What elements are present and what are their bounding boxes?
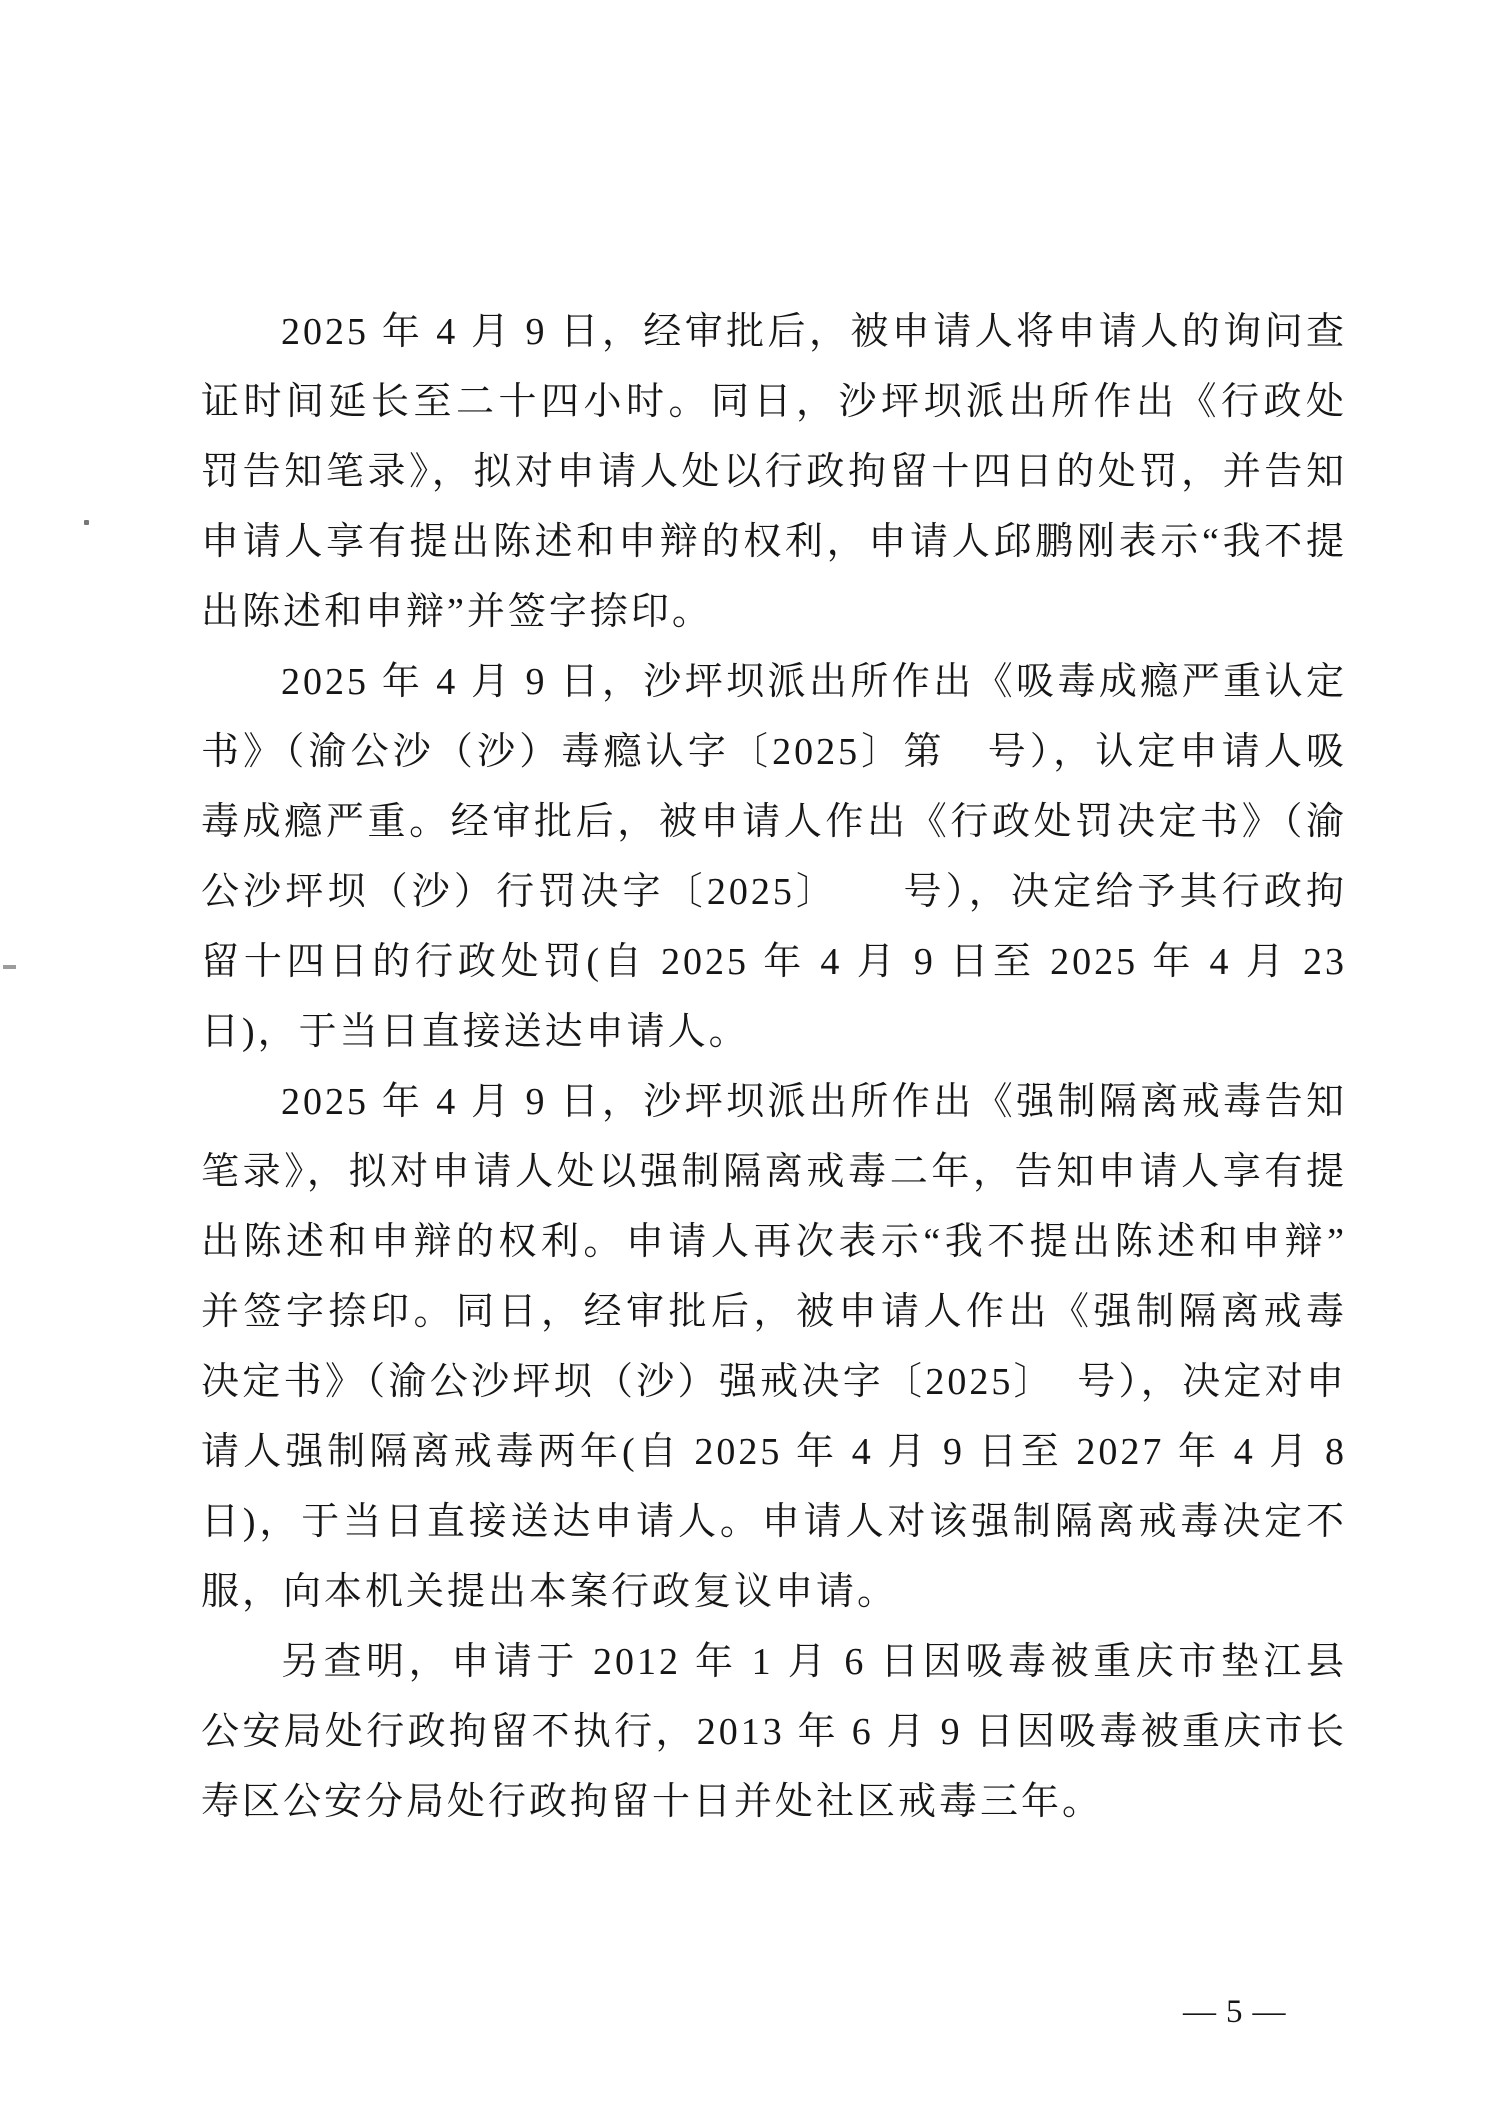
paragraph-prior-records: 另查明，申请于 2012 年 1 月 6 日因吸毒被重庆市垫江县公安局处行政拘留…: [201, 1627, 1347, 1837]
document-body: 2025 年 4 月 9 日，经审批后，被申请人将申请人的询问查证时间延长至二十…: [201, 297, 1347, 1837]
paragraph-extension-and-penalty-notice: 2025 年 4 月 9 日，经审批后，被申请人将申请人的询问查证时间延长至二十…: [201, 297, 1347, 647]
page-number-right-dash: —: [1253, 1990, 1286, 2034]
paragraph-addiction-determination-and-penalty-decision: 2025 年 4 月 9 日，沙坪坝派出所作出《吸毒成瘾严重认定书》（渝公沙（沙…: [201, 647, 1347, 1067]
page-number: —5—: [1175, 1990, 1294, 2034]
page-number-value: 5: [1226, 1990, 1243, 2034]
scanned-document-page: 2025 年 4 月 9 日，经审批后，被申请人将申请人的询问查证时间延长至二十…: [0, 0, 1487, 2105]
scan-speck: [84, 520, 89, 525]
page-number-left-dash: —: [1183, 1990, 1216, 2034]
paragraph-compulsory-rehab-decision: 2025 年 4 月 9 日，沙坪坝派出所作出《强制隔离戒毒告知笔录》，拟对申请…: [201, 1067, 1347, 1627]
scan-edge-mark: [3, 965, 16, 969]
